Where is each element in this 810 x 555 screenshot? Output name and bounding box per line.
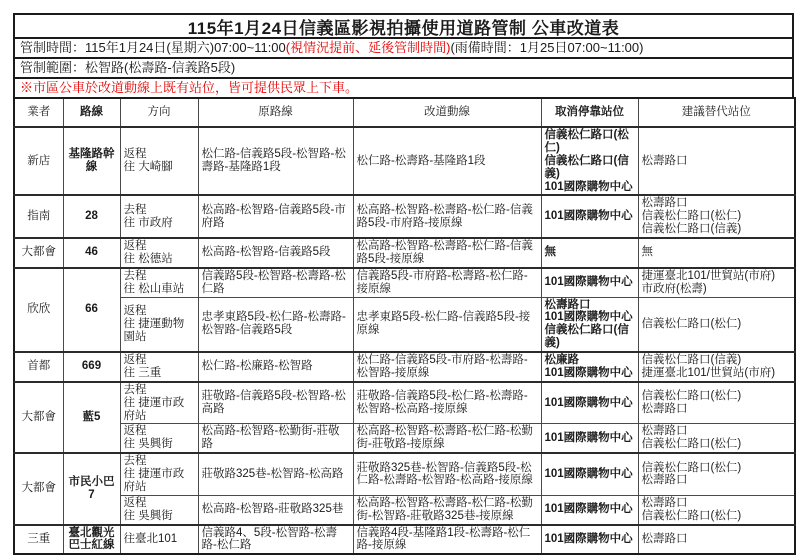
original-route-cell: 忠孝東路5段-松仁路-松壽路-松智路-信義路5段 — [198, 297, 353, 352]
original-route-cell: 松高路-松智路-莊敬路325巷 — [198, 495, 353, 524]
detour-route-cell: 莊敬路325巷-松智路-信義路5段-松仁路-松壽路-松智路-松高路-接原線 — [353, 453, 541, 495]
original-route-cell: 松仁路-松廉路-松智路 — [198, 352, 353, 382]
cell-line: 信義松仁路口(信義) — [642, 354, 792, 367]
cell-line: 返程 — [124, 354, 195, 367]
original-route-cell: 信義路5段-松智路-松壽路-松仁路 — [198, 268, 353, 297]
detour-route-cell: 信義路4段-基隆路1段-松壽路-松仁路-接原線 — [353, 525, 541, 555]
cell-line: 信義松仁路口(松仁) — [642, 510, 792, 523]
table-row: 指南28去程往 市政府松高路-松智路-信義路5段-市府路松高路-松智路-松壽路-… — [14, 195, 795, 238]
cell-line: 捷運臺北101/世貿站(市府) — [642, 270, 792, 283]
cancelled-stops-cell: 101國際購物中心 — [541, 195, 638, 238]
header-cancelled-stops: 取消停靠站位 — [541, 98, 638, 127]
cell-line: 去程 — [124, 270, 195, 283]
cell-line: 信義松仁路口(信義) — [545, 324, 635, 350]
header-direction: 方向 — [120, 98, 198, 127]
direction-cell: 返程往 吳興街 — [120, 424, 198, 453]
cell-line: 松壽路口 — [545, 299, 635, 312]
cell-line: 松壽路口 — [642, 474, 792, 487]
cell-line: 捷運臺北101/世貿站(市府) — [642, 367, 792, 380]
notice-document: 115年1月24日信義區影視拍攝使用道路管制 公車改道表 管制時間：115年1月… — [13, 13, 794, 555]
detour-route-cell: 松仁路-信義路5段-市府路-松壽路-松智路-接原線 — [353, 352, 541, 382]
cell-line: 去程 — [124, 204, 195, 217]
alternative-stops-cell: 信義松仁路口(松仁)松壽路口 — [638, 453, 795, 495]
alternative-stops-cell: 松壽路口信義松仁路口(松仁)信義松仁路口(信義) — [638, 195, 795, 238]
control-time-text: 管制時間：115年1月24日(星期六)07:00~11:00 — [20, 40, 286, 55]
cancelled-stops-cell: 101國際購物中心 — [541, 453, 638, 495]
direction-cell: 去程往 捷運市政府站 — [120, 382, 198, 424]
direction-cell: 去程往 市政府 — [120, 195, 198, 238]
cell-line: 101國際購物中心 — [545, 503, 635, 516]
alternative-stops-cell: 松壽路口 — [638, 127, 795, 195]
page-title: 115年1月24日信義區影視拍攝使用道路管制 公車改道表 — [13, 13, 794, 39]
cell-line: 信義松仁路口(松仁) — [642, 318, 792, 331]
cell-line: 往 吳興街 — [124, 510, 195, 523]
header-route: 路線 — [63, 98, 120, 127]
direction-cell: 去程往 捷運市政府站 — [120, 453, 198, 495]
cell-line: 信義松仁路口(松仁) — [545, 129, 635, 155]
table-row: 大都會46返程往 松德站松高路-松智路-信義路5段松高路-松智路-松壽路-松仁路… — [14, 238, 795, 268]
detour-route-cell: 松高路-松智路-松壽路-松仁路-信義路5段-市府路-接原線 — [353, 195, 541, 238]
original-route-cell: 莊敬路325巷-松智路-松高路 — [198, 453, 353, 495]
cell-line: 往 吳興街 — [124, 438, 195, 451]
original-route-cell: 松高路-松智路-信義路5段 — [198, 238, 353, 268]
table-row: 返程往 吳興街松高路-松智路-莊敬路325巷松高路-松智路-松壽路-松仁路-松勤… — [14, 495, 795, 524]
operator-cell: 大都會 — [14, 382, 63, 453]
cell-line: 去程 — [124, 384, 195, 397]
cancelled-stops-cell: 101國際購物中心 — [541, 424, 638, 453]
cell-line: 101國際購物中心 — [545, 311, 635, 324]
cell-line: 往臺北101 — [124, 533, 195, 546]
cell-line: 101國際購物中心 — [545, 468, 635, 481]
table-row: 新店基隆路幹線返程往 大崎腳松仁路-信義路5段-松智路-松壽路-基隆路1段松仁路… — [14, 127, 795, 195]
cell-line: 返程 — [124, 148, 195, 161]
alternative-stops-cell: 信義松仁路口(松仁)松壽路口 — [638, 382, 795, 424]
original-route-cell: 松高路-松智路-信義路5段-市府路 — [198, 195, 353, 238]
cell-line: 往 松山車站 — [124, 283, 195, 296]
cell-line: 松壽路口 — [642, 197, 792, 210]
table-row: 首都669返程往 三重松仁路-松廉路-松智路松仁路-信義路5段-市府路-松壽路-… — [14, 352, 795, 382]
alternative-stops-cell: 信義松仁路口(信義)捷運臺北101/世貿站(市府) — [638, 352, 795, 382]
route-cell: 市民小巴7 — [63, 453, 120, 524]
bus-reroute-table: 業者 路線 方向 原路線 改道動線 取消停靠站位 建議替代站位 新店基隆路幹線返… — [13, 97, 796, 555]
alternative-stops-cell: 松壽路口信義松仁路口(松仁) — [638, 495, 795, 524]
control-time-line: 管制時間：115年1月24日(星期六)07:00~11:00(視情況提前、延後管… — [13, 37, 794, 59]
alternative-stops-cell: 捷運臺北101/世貿站(市府)市政府(松壽) — [638, 268, 795, 297]
cell-line: 往 松德站 — [124, 253, 195, 266]
cell-line: 信義松仁路口(信義) — [642, 223, 792, 236]
cancelled-stops-cell: 101國際購物中心 — [541, 495, 638, 524]
cancelled-stops-cell: 松壽路口101國際購物中心信義松仁路口(信義) — [541, 297, 638, 352]
cancelled-stops-cell: 101國際購物中心 — [541, 268, 638, 297]
detour-route-cell: 莊敬路-信義路5段-松仁路-松壽路-松智路-松高路-接原線 — [353, 382, 541, 424]
detour-route-cell: 松高路-松智路-松壽路-松仁路-松勤街-松智路-莊敬路325巷-接原線 — [353, 495, 541, 524]
operator-cell: 欣欣 — [14, 268, 63, 352]
original-route-cell: 松高路-松智路-松勤街-莊敬路 — [198, 424, 353, 453]
cancelled-stops-cell: 101國際購物中心 — [541, 382, 638, 424]
operator-cell: 大都會 — [14, 453, 63, 524]
original-route-cell: 信義路4、5段-松智路-松壽路-松仁路 — [198, 525, 353, 555]
direction-cell: 返程往 吳興街 — [120, 495, 198, 524]
cell-line: 信義松仁路口(松仁) — [642, 462, 792, 475]
operator-cell: 新店 — [14, 127, 63, 195]
detour-route-cell: 松高路-松智路-松壽路-松仁路-信義路5段-接原線 — [353, 238, 541, 268]
cell-line: 松廉路 — [545, 354, 635, 367]
cancelled-stops-cell: 信義松仁路口(松仁)信義松仁路口(信義)101國際購物中心 — [541, 127, 638, 195]
direction-cell: 返程往 松德站 — [120, 238, 198, 268]
cell-line: 松壽路口 — [642, 497, 792, 510]
header-detour-route: 改道動線 — [353, 98, 541, 127]
route-cell: 66 — [63, 268, 120, 352]
cell-line: 101國際購物中心 — [545, 533, 635, 546]
cell-line: 去程 — [124, 455, 195, 468]
cell-line: 信義松仁路口(松仁) — [642, 210, 792, 223]
table-row: 大都會市民小巴7去程往 捷運市政府站莊敬路325巷-松智路-松高路莊敬路325巷… — [14, 453, 795, 495]
operator-cell: 三重 — [14, 525, 63, 555]
cell-line: 無 — [642, 246, 792, 259]
header-alternative-stops: 建議替代站位 — [638, 98, 795, 127]
cell-line: 返程 — [124, 240, 195, 253]
rain-backup-time: (雨備時間：1月25日07:00~11:00) — [450, 40, 643, 55]
cell-line: 101國際購物中心 — [545, 397, 635, 410]
direction-cell: 往臺北101 — [120, 525, 198, 555]
cell-line: 信義松仁路口(松仁) — [642, 390, 792, 403]
cell-line: 返程 — [124, 425, 195, 438]
cell-line: 松壽路口 — [642, 155, 792, 168]
detour-route-cell: 松高路-松智路-松壽路-松仁路-松勤街-莊敬路-接原線 — [353, 424, 541, 453]
control-scope-line: 管制範圍：松智路(松壽路-信義路5段) — [13, 57, 794, 79]
route-cell: 669 — [63, 352, 120, 382]
detour-route-cell: 松仁路-松壽路-基隆路1段 — [353, 127, 541, 195]
cell-line: 松壽路口 — [642, 533, 792, 546]
cell-line: 101國際購物中心 — [545, 276, 635, 289]
header-original-route: 原路線 — [198, 98, 353, 127]
original-route-cell: 莊敬路-信義路5段-松智路-松高路 — [198, 382, 353, 424]
cancelled-stops-cell: 松廉路101國際購物中心 — [541, 352, 638, 382]
direction-cell: 返程往 捷運動物園站 — [120, 297, 198, 352]
passenger-note-line: ※市區公車於改道動線上既有站位，皆可提供民眾上下車。 — [13, 77, 794, 99]
route-cell: 藍5 — [63, 382, 120, 453]
cell-line: 101國際購物中心 — [545, 432, 635, 445]
cell-line: 信義松仁路口(松仁) — [642, 438, 792, 451]
cancelled-stops-cell: 101國際購物中心 — [541, 525, 638, 555]
cell-line: 松壽路口 — [642, 403, 792, 416]
operator-cell: 大都會 — [14, 238, 63, 268]
cell-line: 返程 — [124, 497, 195, 510]
cell-line: 101國際購物中心 — [545, 367, 635, 380]
cell-line: 往 捷運市政府站 — [124, 397, 195, 423]
direction-cell: 返程往 三重 — [120, 352, 198, 382]
route-cell: 28 — [63, 195, 120, 238]
cell-line: 往 三重 — [124, 367, 195, 380]
cell-line: 101國際購物中心 — [545, 181, 635, 194]
cell-line: 市政府(松壽) — [642, 283, 792, 296]
route-cell: 臺北觀光巴士紅線 — [63, 525, 120, 555]
control-time-warning: (視情況提前、延後管制時間) — [286, 40, 451, 55]
header-operator: 業者 — [14, 98, 63, 127]
cell-line: 往 市政府 — [124, 217, 195, 230]
route-cell: 46 — [63, 238, 120, 268]
cell-line: 松壽路口 — [642, 425, 792, 438]
table-row: 返程往 吳興街松高路-松智路-松勤街-莊敬路松高路-松智路-松壽路-松仁路-松勤… — [14, 424, 795, 453]
alternative-stops-cell: 松壽路口信義松仁路口(松仁) — [638, 424, 795, 453]
table-row: 三重臺北觀光巴士紅線往臺北101信義路4、5段-松智路-松壽路-松仁路信義路4段… — [14, 525, 795, 555]
detour-route-cell: 忠孝東路5段-松仁路-信義路5段-接原線 — [353, 297, 541, 352]
table-header-row: 業者 路線 方向 原路線 改道動線 取消停靠站位 建議替代站位 — [14, 98, 795, 127]
alternative-stops-cell: 信義松仁路口(松仁) — [638, 297, 795, 352]
table-row: 欣欣66去程往 松山車站信義路5段-松智路-松壽路-松仁路信義路5段-市府路-松… — [14, 268, 795, 297]
cell-line: 往 捷運動物園站 — [124, 318, 195, 344]
cell-line: 往 捷運市政府站 — [124, 468, 195, 494]
cell-line: 101國際購物中心 — [545, 210, 635, 223]
route-cell: 基隆路幹線 — [63, 127, 120, 195]
alternative-stops-cell: 松壽路口 — [638, 525, 795, 555]
direction-cell: 返程往 大崎腳 — [120, 127, 198, 195]
cell-line: 信義松仁路口(信義) — [545, 155, 635, 181]
cell-line: 往 大崎腳 — [124, 161, 195, 174]
bus-table-body: 新店基隆路幹線返程往 大崎腳松仁路-信義路5段-松智路-松壽路-基隆路1段松仁路… — [14, 127, 795, 554]
cancelled-stops-cell: 無 — [541, 238, 638, 268]
alternative-stops-cell: 無 — [638, 238, 795, 268]
cell-line: 無 — [545, 246, 635, 259]
cell-line: 返程 — [124, 305, 195, 318]
table-row: 大都會藍5去程往 捷運市政府站莊敬路-信義路5段-松智路-松高路莊敬路-信義路5… — [14, 382, 795, 424]
original-route-cell: 松仁路-信義路5段-松智路-松壽路-基隆路1段 — [198, 127, 353, 195]
detour-route-cell: 信義路5段-市府路-松壽路-松仁路-接原線 — [353, 268, 541, 297]
operator-cell: 指南 — [14, 195, 63, 238]
operator-cell: 首都 — [14, 352, 63, 382]
direction-cell: 去程往 松山車站 — [120, 268, 198, 297]
table-row: 返程往 捷運動物園站忠孝東路5段-松仁路-松壽路-松智路-信義路5段忠孝東路5段… — [14, 297, 795, 352]
